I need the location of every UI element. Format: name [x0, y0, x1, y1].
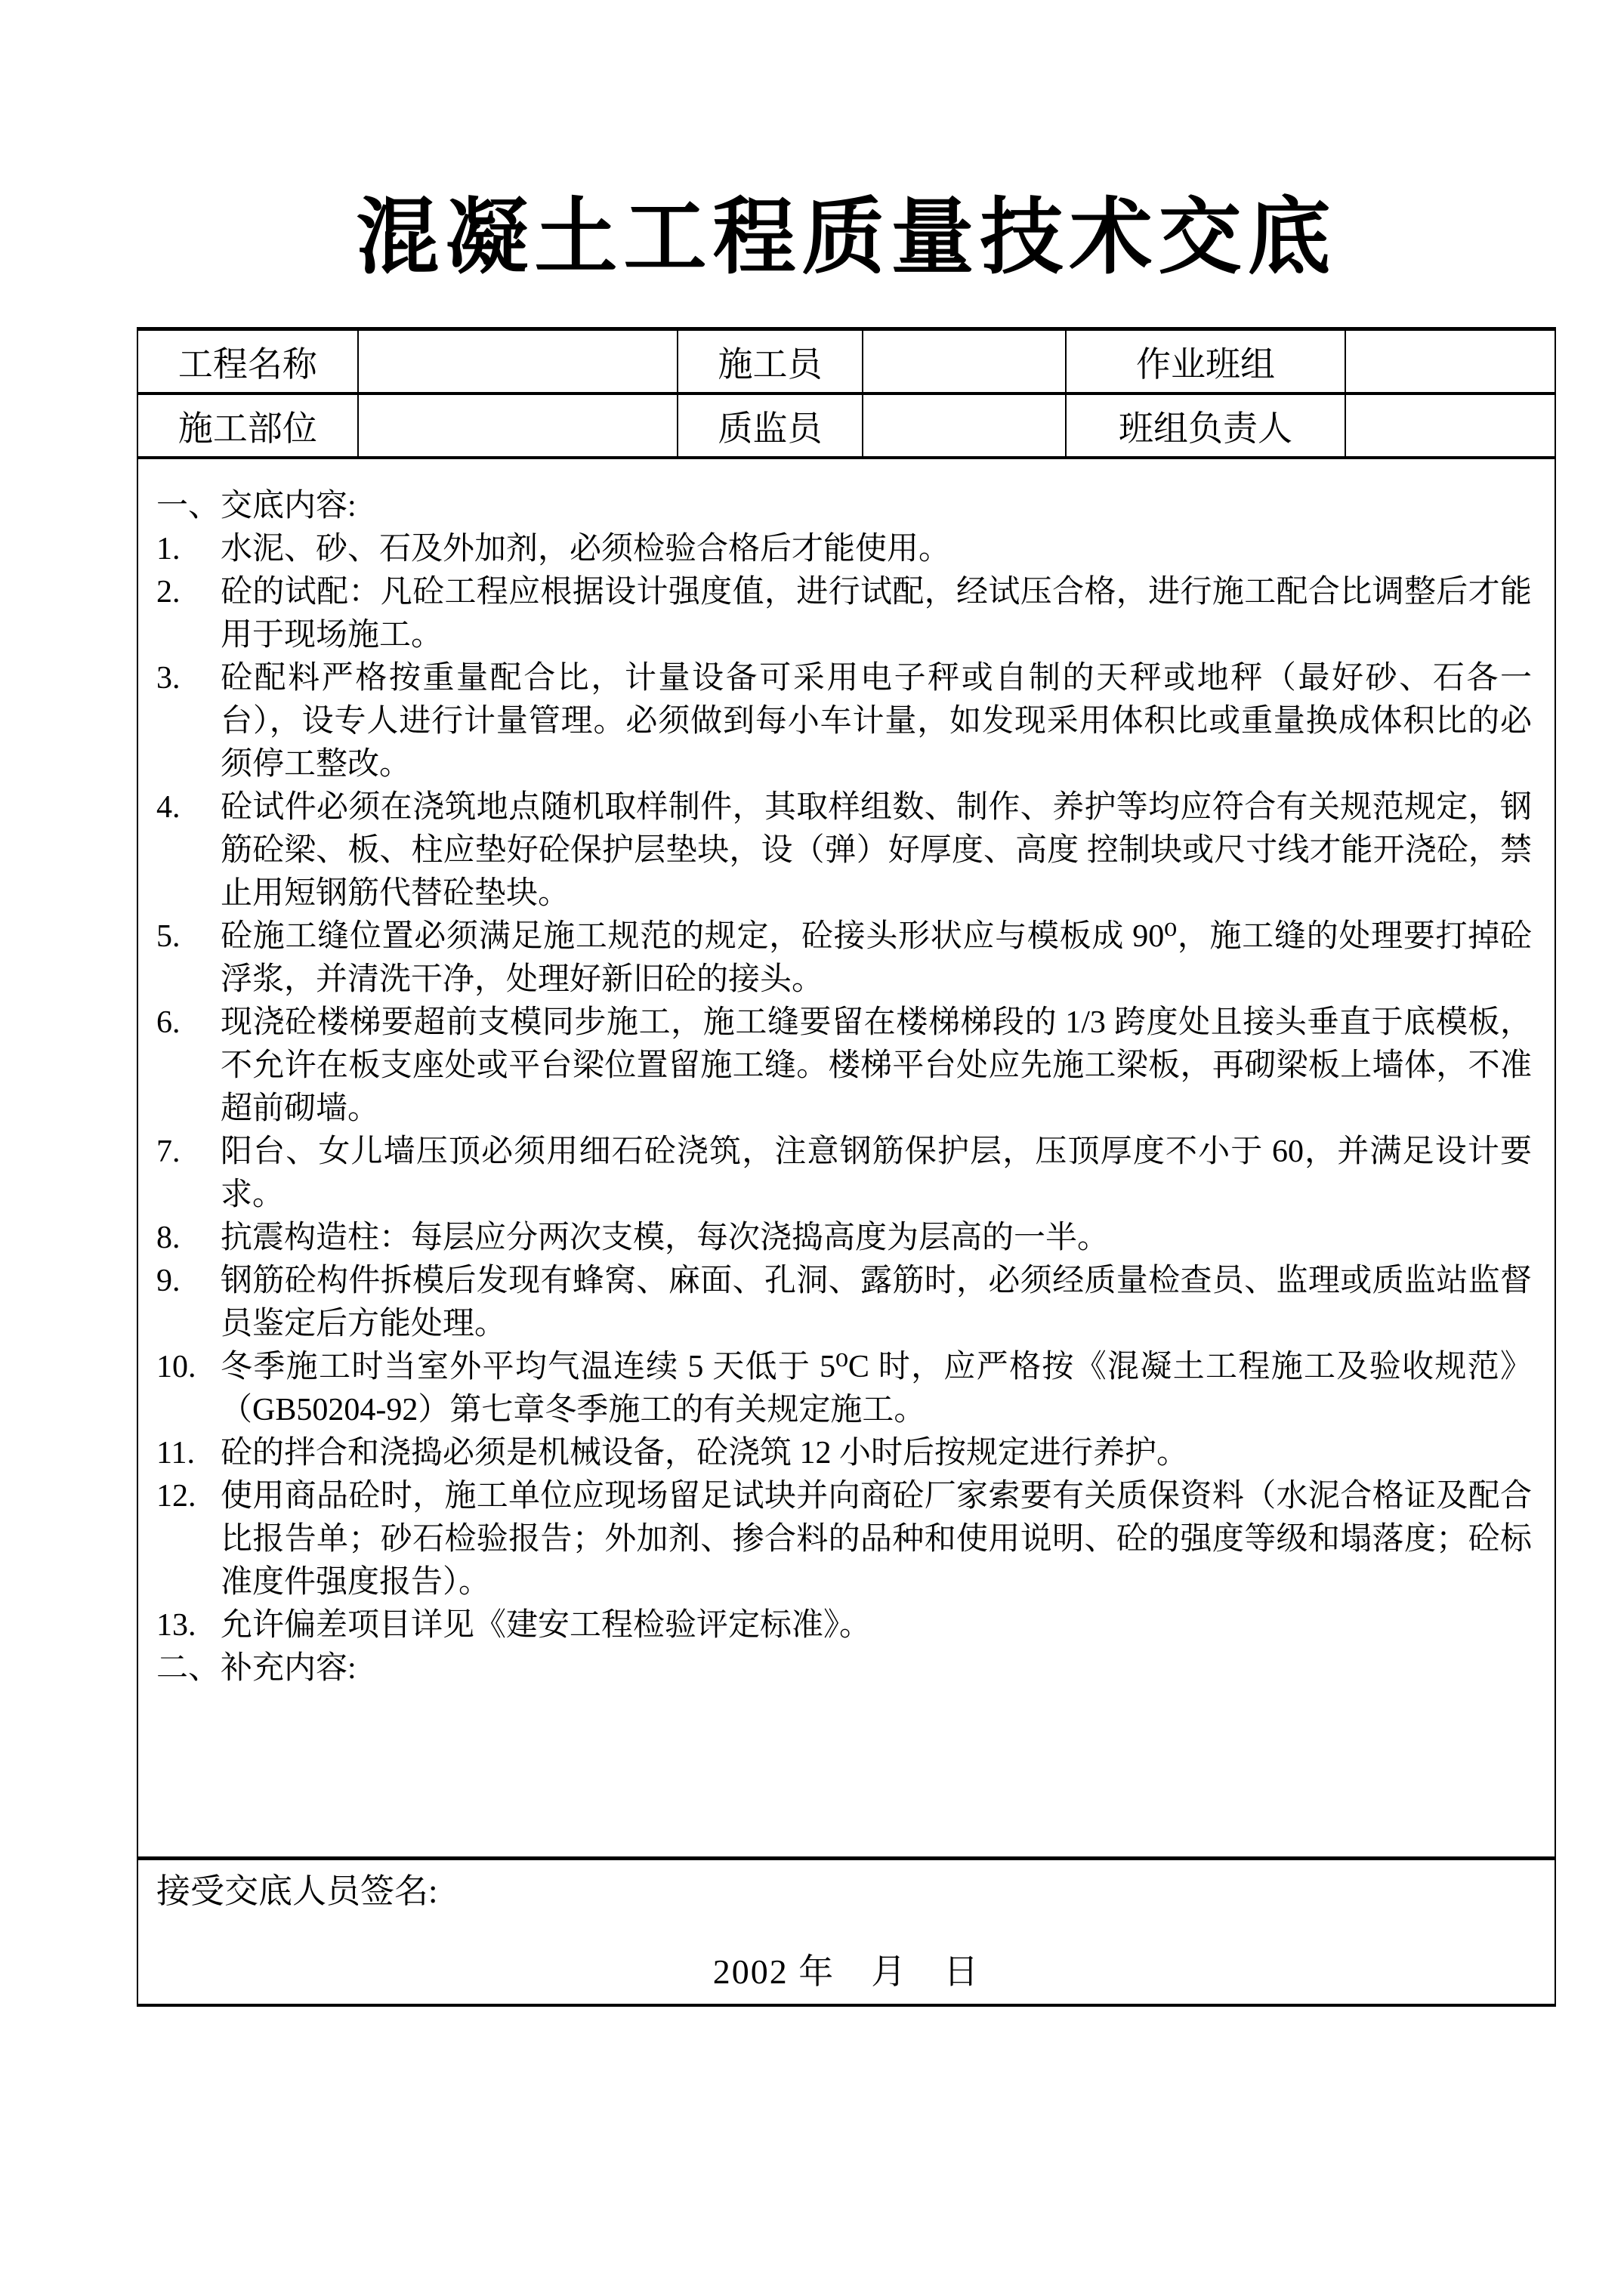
- document-body: 混凝土工程质量技术交底 工程名称 施工员 作业班组 施工部位 质监员 班组负责人: [137, 0, 1556, 2007]
- signature-section: 接受交底人员签名: 2002 年 月 日: [137, 1860, 1556, 2007]
- section-heading-disclosure: 一、 交底内容:: [156, 485, 1532, 528]
- list-item-7: 7. 阳台、女儿墙压顶必须用细石砼浇筑，注意钢筋保护层，压顶厚度不小于 60，并…: [156, 1131, 1532, 1217]
- list-item-3: 3. 砼配料严格按重量配合比，计量设备可采用电子秤或自制的天秤或地秤（最好砂、石…: [156, 657, 1532, 786]
- list-item-5: 5. 砼施工缝位置必须满足施工规范的规定，砼接头形状应与模板成 90⁰，施工缝的…: [156, 915, 1532, 1001]
- list-item-number: 2.: [156, 571, 221, 657]
- list-item-text: 使用商品砼时，施工单位应现场留足试块并向商砼厂家索要有关质保资料（水泥合格证及配…: [221, 1475, 1532, 1604]
- list-item-text: 现浇砼楼梯要超前支模同步施工，施工缝要留在楼梯梯段的 1/3 跨度处且接头垂直于…: [221, 1001, 1532, 1131]
- disclosure-content-box: 一、 交底内容: 1. 水泥、砂、石及外加剂，必须检验合格后才能使用。 2. 砼…: [137, 459, 1556, 1860]
- list-item-1: 1. 水泥、砂、石及外加剂，必须检验合格后才能使用。: [156, 528, 1532, 571]
- header-table-row-1: 工程名称 施工员 作业班组: [137, 329, 1555, 394]
- list-item-text: 冬季施工时当室外平均气温连续 5 天低于 5⁰C 时，应严格按《混凝土工程施工及…: [221, 1346, 1532, 1432]
- list-item-number: 5.: [156, 915, 221, 1001]
- list-item-number: 1.: [156, 528, 221, 571]
- list-item-text: 抗震构造柱：每层应分两次支模，每次浇捣高度为层高的一半。: [221, 1217, 1532, 1260]
- list-item-number: 9.: [156, 1260, 221, 1346]
- list-item-9: 9. 钢筋砼构件拆模后发现有蜂窝、麻面、孔洞、露筋时，必须经质量检查员、监理或质…: [156, 1260, 1532, 1346]
- section-heading-supplement: 二、 补充内容:: [156, 1647, 1532, 1690]
- header-value-constructor: [863, 329, 1066, 394]
- header-value-work-team: [1345, 329, 1555, 394]
- list-item-number: 12.: [156, 1475, 221, 1604]
- list-item-number: 13.: [156, 1604, 221, 1647]
- list-item-8: 8. 抗震构造柱：每层应分两次支模，每次浇捣高度为层高的一半。: [156, 1217, 1532, 1260]
- list-item-text: 砼的拌合和浇捣必须是机械设备，砼浇筑 12 小时后按规定进行养护。: [221, 1432, 1532, 1475]
- section-heading-text: 交底内容:: [221, 485, 1532, 528]
- date-line: 2002 年 月 日: [156, 1952, 1536, 1992]
- header-value-quality-inspector: [863, 393, 1066, 458]
- list-item-text: 钢筋砼构件拆模后发现有蜂窝、麻面、孔洞、露筋时，必须经质量检查员、监理或质监站监…: [221, 1260, 1532, 1346]
- list-item-text: 允许偏差项目详见《建安工程检验评定标准》。: [221, 1604, 1532, 1647]
- section-heading-text: 补充内容:: [221, 1647, 1532, 1690]
- list-item-text: 阳台、女儿墙压顶必须用细石砼浇筑，注意钢筋保护层，压顶厚度不小于 60，并满足设…: [221, 1131, 1532, 1217]
- page-title: 混凝土工程质量技术交底: [137, 185, 1556, 291]
- list-item-6: 6. 现浇砼楼梯要超前支模同步施工，施工缝要留在楼梯梯段的 1/3 跨度处且接头…: [156, 1001, 1532, 1131]
- list-item-text: 砼配料严格按重量配合比，计量设备可采用电子秤或自制的天秤或地秤（最好砂、石各一台…: [221, 657, 1532, 786]
- document-page: 混凝土工程质量技术交底 工程名称 施工员 作业班组 施工部位 质监员 班组负责人: [0, 0, 1624, 2293]
- list-item-text: 砼的试配：凡砼工程应根据设计强度值，进行试配，经试压合格，进行施工配合比调整后才…: [221, 571, 1532, 657]
- list-item-number: 6.: [156, 1001, 221, 1131]
- list-item-number: 10.: [156, 1346, 221, 1432]
- signature-label: 接受交底人员签名:: [156, 1869, 1536, 1913]
- header-table: 工程名称 施工员 作业班组 施工部位 质监员 班组负责人: [137, 327, 1556, 459]
- section-marker: 二、: [156, 1647, 221, 1690]
- header-value-construction-part: [358, 393, 678, 458]
- header-table-row-2: 施工部位 质监员 班组负责人: [137, 393, 1555, 458]
- header-label-constructor: 施工员: [678, 329, 863, 394]
- list-item-number: 3.: [156, 657, 221, 786]
- section-marker: 一、: [156, 485, 221, 528]
- header-label-work-team: 作业班组: [1066, 329, 1346, 394]
- list-item-text: 砼施工缝位置必须满足施工规范的规定，砼接头形状应与模板成 90⁰，施工缝的处理要…: [221, 915, 1532, 1001]
- list-item-10: 10. 冬季施工时当室外平均气温连续 5 天低于 5⁰C 时，应严格按《混凝土工…: [156, 1346, 1532, 1432]
- header-label-quality-inspector: 质监员: [678, 393, 863, 458]
- list-item-4: 4. 砼试件必须在浇筑地点随机取样制件，其取样组数、制作、养护等均应符合有关规范…: [156, 786, 1532, 915]
- header-value-team-leader: [1345, 393, 1555, 458]
- list-item-2: 2. 砼的试配：凡砼工程应根据设计强度值，进行试配，经试压合格，进行施工配合比调…: [156, 571, 1532, 657]
- header-value-project-name: [358, 329, 678, 394]
- list-item-11: 11. 砼的拌合和浇捣必须是机械设备，砼浇筑 12 小时后按规定进行养护。: [156, 1432, 1532, 1475]
- list-item-text: 水泥、砂、石及外加剂，必须检验合格后才能使用。: [221, 528, 1532, 571]
- list-item-number: 4.: [156, 786, 221, 915]
- list-item-number: 8.: [156, 1217, 221, 1260]
- header-label-project-name: 工程名称: [137, 329, 358, 394]
- list-item-number: 11.: [156, 1432, 221, 1475]
- header-label-construction-part: 施工部位: [137, 393, 358, 458]
- list-item-number: 7.: [156, 1131, 221, 1217]
- list-item-text: 砼试件必须在浇筑地点随机取样制件，其取样组数、制作、养护等均应符合有关规范规定，…: [221, 786, 1532, 915]
- list-item-12: 12. 使用商品砼时，施工单位应现场留足试块并向商砼厂家索要有关质保资料（水泥合…: [156, 1475, 1532, 1604]
- header-label-team-leader: 班组负责人: [1066, 393, 1346, 458]
- list-item-13: 13. 允许偏差项目详见《建安工程检验评定标准》。: [156, 1604, 1532, 1647]
